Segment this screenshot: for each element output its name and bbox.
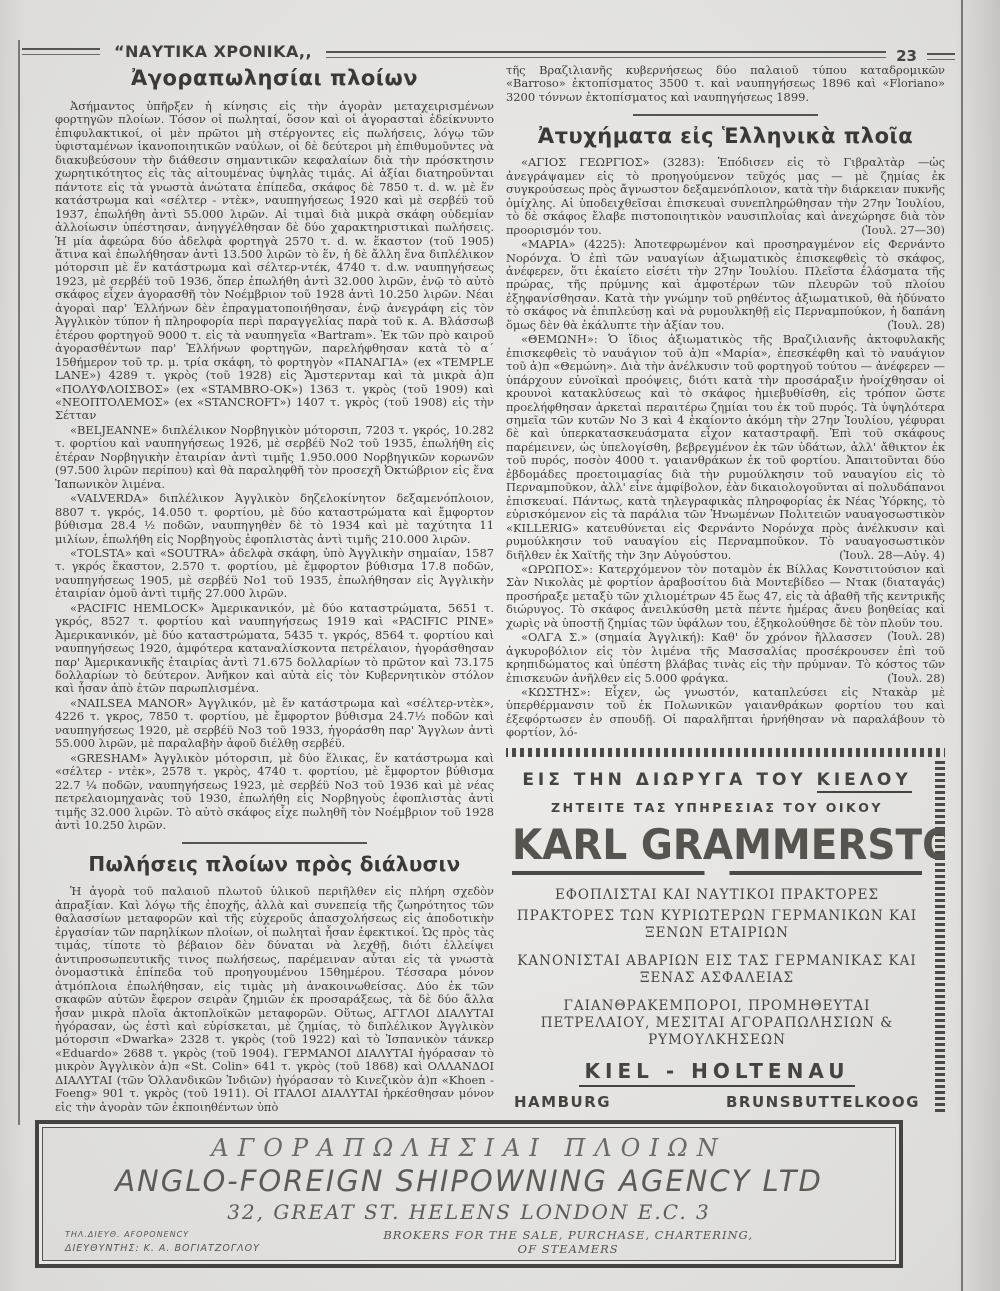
page-header: “ΝΑΥΤΙΚΑ ΧΡΟΝΙΚΑ,, 23 — [22, 38, 955, 65]
accident-entry: «ΑΓΙΟΣ ΓΕΩΡΓΙΟΣ» (3283): Ἐπόδισεν εἰς τὸ… — [506, 156, 945, 237]
ad-company-name: ANGLO-FOREIGN SHIPOWNING AGENCY LTD — [65, 1164, 873, 1198]
ad-title: ΑΓΟΡΑΠΩΛΗΣΙΑΙ ΠΛΟΙΩΝ — [65, 1134, 873, 1162]
left-column: Ἀγοραπωλησίαι πλοίων Ἀσήμαντος ὑπῆρξεν ἡ… — [55, 64, 494, 1112]
ad-cities: HAMBURG BRUNSBUTTELKOOG — [514, 1093, 920, 1111]
paragraph: «BELJEANNE» διπλέλικον Νορβηγικὸν μότορσ… — [55, 424, 494, 491]
ad-brokers-block: BROKERS FOR THE SALE, PURCHASE, CHARTERI… — [383, 1228, 753, 1256]
ad-line: ΚΑΝΟΝΙΣΤΑΙ ΑΒΑΡΙΩΝ ΕΙΣ ΤΑΣ ΓΕΡΜΑΝΙΚΑΣ ΚΑ… — [512, 953, 922, 987]
scan-edge-right — [961, 0, 963, 1291]
ad-city-brunsbuttelkoog: BRUNSBUTTELKOOG — [726, 1093, 920, 1111]
paragraph: «PACIFIC HEMLOCK» Ἀμερικανικόν, μὲ δύο κ… — [55, 602, 494, 696]
ad-contact-block: ΤΗΛ.ΔΙΕΥΘ. AFOPONENCY ΔΙΕΥΘΥΝΤΗΣ: Κ. Α. … — [65, 1228, 260, 1256]
ad-brokers-line2: OF STEAMERS — [383, 1242, 753, 1256]
ad-headline-text: ΕΙΣ ΤΗΝ ΔΙΩΡΥΓΑ ΤΟΥ — [522, 770, 806, 790]
ad-anglo-foreign: ΑΓΟΡΑΠΩΛΗΣΙΑΙ ΠΛΟΙΩΝ ANGLO-FOREIGN SHIPO… — [35, 1120, 903, 1268]
paragraph: «VALVERDA» διπλέλικον Ἀγγλικὸν δηζελοκίν… — [55, 492, 494, 546]
ad-city-hamburg: HAMBURG — [514, 1093, 611, 1111]
entry-text: «ΩΡΩΠΟΣ»: Κατερχόμενον τὸν ποταμὸν ἐκ Βί… — [506, 562, 945, 630]
accident-entry: «ΩΡΩΠΟΣ»: Κατερχόμενον τὸν ποταμὸν ἐκ Βί… — [506, 563, 945, 630]
entry-text: «ΘΕΜΩΝΗ»: Ὁ ἴδιος ἀξιωματικὸς τῆς Βραζιλ… — [506, 332, 945, 561]
ad-telegraph-line: ΤΗΛ.ΔΙΕΥΘ. AFOPONENCY — [65, 1228, 260, 1242]
ad-director-line: ΔΙΕΥΘΥΝΤΗΣ: Κ. Α. ΒΟΓΙΑΤΖΟΓΛΟΥ — [65, 1242, 260, 1256]
accident-entry: «ΜΑΡΙΑ» (4225): Ἀποτεφρωμένον καὶ προσηρ… — [506, 238, 945, 332]
ad-footer: ΤΗΛ.ΔΙΕΥΘ. AFOPONENCY ΔΙΕΥΘΥΝΤΗΣ: Κ. Α. … — [65, 1228, 873, 1256]
article-title-accidents: Ἀτυχήματα εἰς Ἑλληνικὰ πλοῖα — [506, 124, 945, 148]
ad-brand-rule — [512, 871, 922, 875]
ad-location-text: KIEL - HOLTENAU — [579, 1059, 856, 1087]
paragraph: «NAILSEA MANOR» Ἀγγλικόν, μὲ ἕν κατάστρω… — [55, 697, 494, 751]
paragraph: Ἀσήμαντος ὑπῆρξεν ἡ κίνησις εἰς τὴν ἀγορ… — [55, 100, 494, 423]
ad-location: KIEL - HOLTENAU — [512, 1059, 922, 1083]
masthead: “ΝΑΥΤΙΚΑ ΧΡΟΝΙΚΑ,, — [114, 42, 312, 61]
header-rule-left — [22, 48, 100, 55]
entry-date: (Ἰουλ. 27—30) — [846, 224, 945, 237]
ad-line: ΕΦΟΠΛΙΣΤΑΙ ΚΑΙ ΝΑΥΤΙΚΟΙ ΠΡΑΚΤΟΡΕΣ — [512, 887, 922, 904]
accident-entry: «ΚΩΣΤΗΣ»: Εἶχεν, ὡς γνωστόν, καταπλεύσει… — [506, 686, 945, 740]
ad-address: 32, GREAT ST. HELENS LONDON E.C. 3 — [65, 1200, 873, 1224]
entry-date: (Ἰουλ. 28) — [872, 630, 945, 643]
entry-text: «ΚΩΣΤΗΣ»: Εἶχεν, ὡς γνωστόν, καταπλεύσει… — [506, 685, 945, 739]
article-title-demolition: Πωλήσεις πλοίων πρὸς διάλυσιν — [55, 852, 494, 876]
right-column: τῆς Βραζιλιανῆς κυβερνήσεως δύο παλαιοῦ … — [506, 64, 945, 1112]
ad-brokers-line1: BROKERS FOR THE SALE, PURCHASE, CHARTERI… — [383, 1228, 753, 1242]
ad-headline: ΕΙΣ ΤΗΝ ΔΙΩΡΥΓΑ ΤΟΥ ΚΙΕΛΟΥ — [512, 770, 922, 790]
entry-date: (Ἰουλ. 28—Αὐγ. 4) — [824, 549, 945, 562]
entry-date: (Ἰουλ. 28) — [872, 672, 945, 685]
entry-date: (Ἰουλ. 28) — [872, 319, 945, 332]
scan-edge-left — [18, 40, 20, 1125]
ad-line: ΓΑΙΑΝΘΡΑΚΕΜΠΟΡΟΙ, ΠΡΟΜΗΘΕΥΤΑΙ ΠΕΤΡΕΛΑΙΟΥ… — [512, 998, 922, 1049]
paragraph: Ἡ ἀγορὰ τοῦ παλαιοῦ πλωτοῦ ὑλικοῦ περιῆλ… — [55, 885, 494, 1112]
continuation-paragraph: τῆς Βραζιλιανῆς κυβερνήσεως δύο παλαιοῦ … — [506, 64, 945, 104]
ad-brand-name: KARL GRAMMERSTORF — [512, 821, 922, 870]
section-divider — [633, 114, 818, 116]
accident-entry: «ΘΕΜΩΝΗ»: Ὁ ἴδιος ἀξιωματικὸς τῆς Βραζιλ… — [506, 333, 945, 562]
ad-subheadline: ΖΗΤΕΙΤΕ ΤΑΣ ΥΠΗΡΕΣΙΑΣ ΤΟΥ ΟΙΚΟΥ — [512, 800, 922, 815]
ad-grammerstorf: ΕΙΣ ΤΗΝ ΔΙΩΡΥΓΑ ΤΟΥ ΚΙΕΛΟΥ ΖΗΤΕΙΤΕ ΤΑΣ Υ… — [506, 748, 945, 1112]
entry-text: «ΜΑΡΙΑ» (4225): Ἀποτεφρωμένον καὶ προσηρ… — [506, 237, 945, 332]
ad-headline-underlined: ΚΙΕΛΟΥ — [817, 770, 912, 793]
paragraph: «GRESHAM» Ἀγγλικὸν μότορσιπ, μὲ δύο ἕλικ… — [55, 752, 494, 833]
article-title-sales: Ἀγοραπωλησίαι πλοίων — [55, 66, 494, 90]
section-divider — [182, 842, 367, 844]
header-rule-right — [927, 53, 955, 60]
ad-line: ΠΡΑΚΤΟΡΕΣ ΤΩΝ ΚΥΡΙΩΤΕΡΩΝ ΓΕΡΜΑΝΙΚΩΝ ΚΑΙ … — [512, 908, 922, 942]
page-number: 23 — [896, 47, 917, 65]
header-rule-long — [326, 51, 886, 58]
paragraph: «TOLSTA» καὶ «SOUTRA» ἀδελφὰ σκάφη, ὑπὸ … — [55, 547, 494, 601]
